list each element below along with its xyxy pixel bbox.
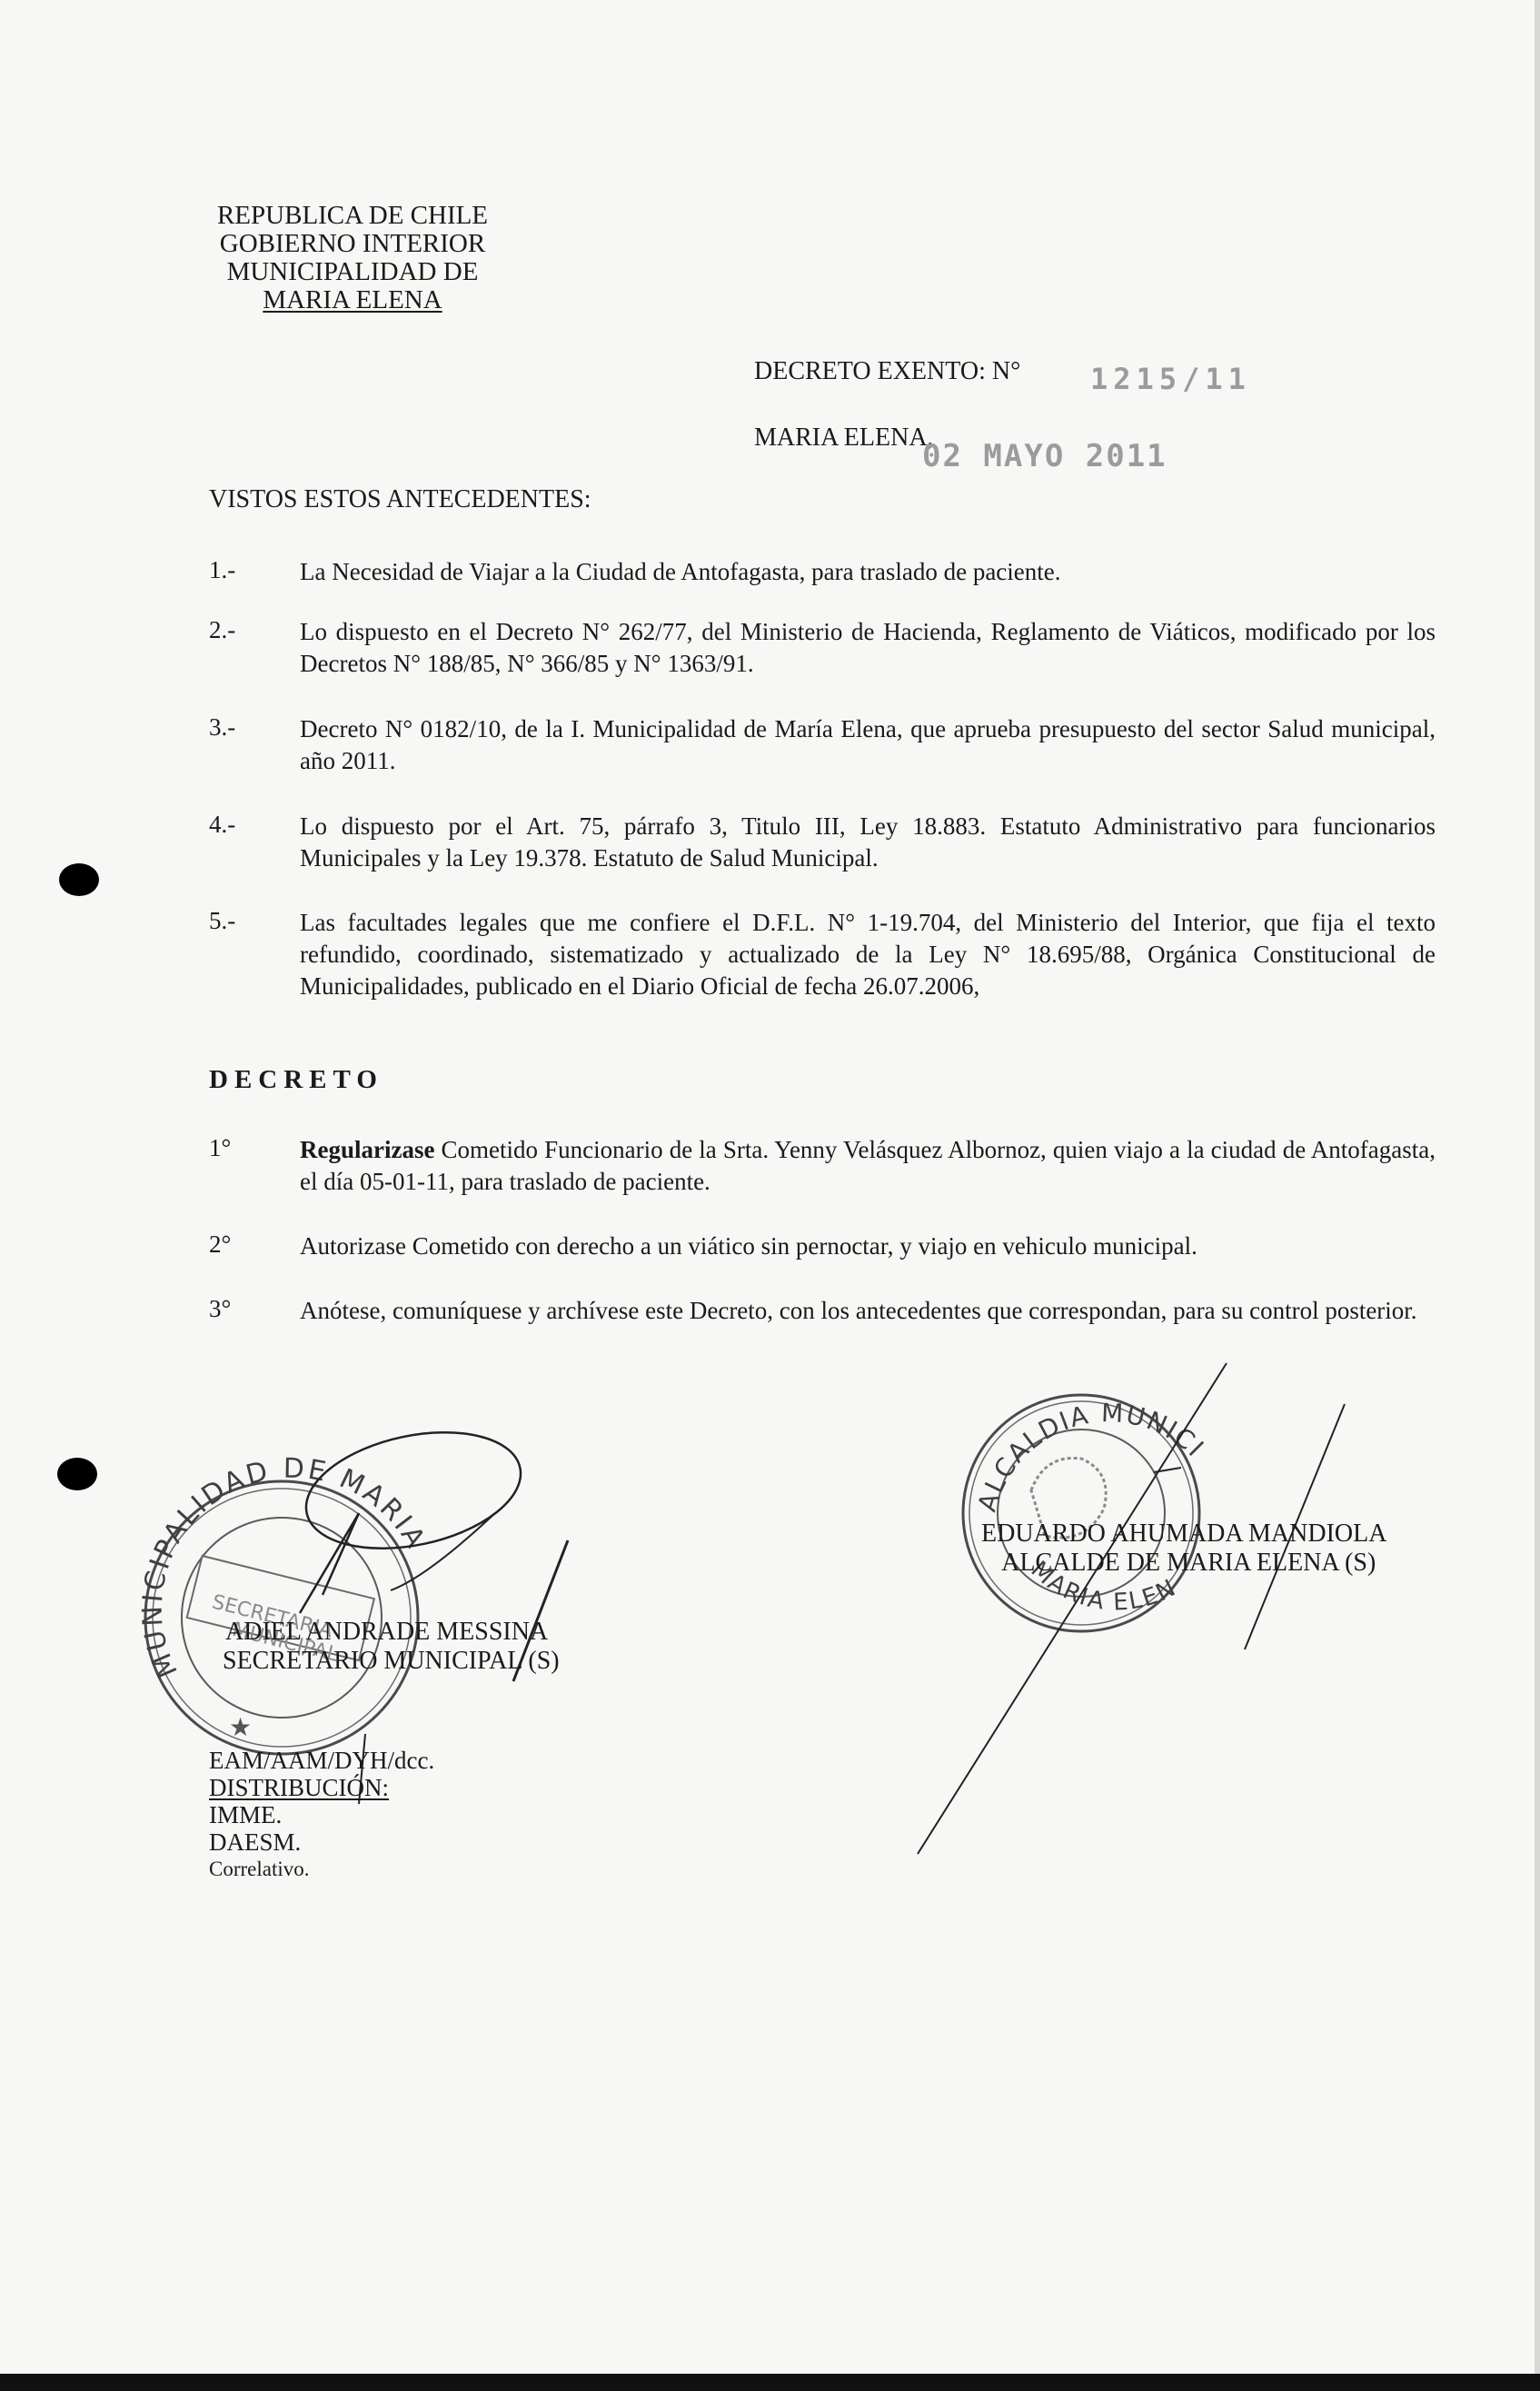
svg-text:★: ★	[229, 1714, 252, 1742]
distribution-item: IMME.	[209, 1801, 434, 1828]
signatory-right: EDUARDO AHUMADA MANDIOLA ALCALDE DE MARI…	[981, 1519, 1386, 1578]
signatory-right-name: EDUARDO AHUMADA MANDIOLA	[981, 1519, 1386, 1549]
signatory-left-name: ADIEL ANDRADE MESSINA	[223, 1618, 560, 1647]
distribution-title: DISTRIBUCIÓN:	[209, 1774, 434, 1801]
signatory-right-role: ALCALDE DE MARIA ELENA (S)	[981, 1549, 1386, 1578]
signatory-left-role: SECRETARIO MUNICIPAL (S)	[223, 1647, 560, 1676]
svg-text:MARIA ELENA: MARIA ELENA	[0, 0, 1181, 1617]
scan-edge	[1535, 0, 1540, 2391]
document-page: REPUBLICA DE CHILE GOBIERNO INTERIOR MUN…	[0, 0, 1540, 2391]
initials: EAM/AAM/DYH/dcc.	[209, 1747, 434, 1774]
signatory-left: ADIEL ANDRADE MESSINA SECRETARIO MUNICIP…	[223, 1618, 560, 1676]
svg-text:MUNICIPALIDAD DE MARIA ELENA: MUNICIPALIDAD DE MARIA ELENA	[0, 0, 432, 1682]
footer-block: EAM/AAM/DYH/dcc. DISTRIBUCIÓN: IMME. DAE…	[209, 1747, 434, 1883]
distribution-item: DAESM.	[209, 1828, 434, 1856]
svg-text:ALCALDIA MUNICIPAL: ALCALDIA MUNICIPAL	[0, 0, 1210, 1515]
distribution-item: Correlativo.	[209, 1856, 434, 1883]
seal-secretaria-municipal: MUNICIPALIDAD DE MARIA ELENA SECRETARIA …	[0, 0, 1540, 2391]
scan-edge	[0, 2374, 1540, 2391]
